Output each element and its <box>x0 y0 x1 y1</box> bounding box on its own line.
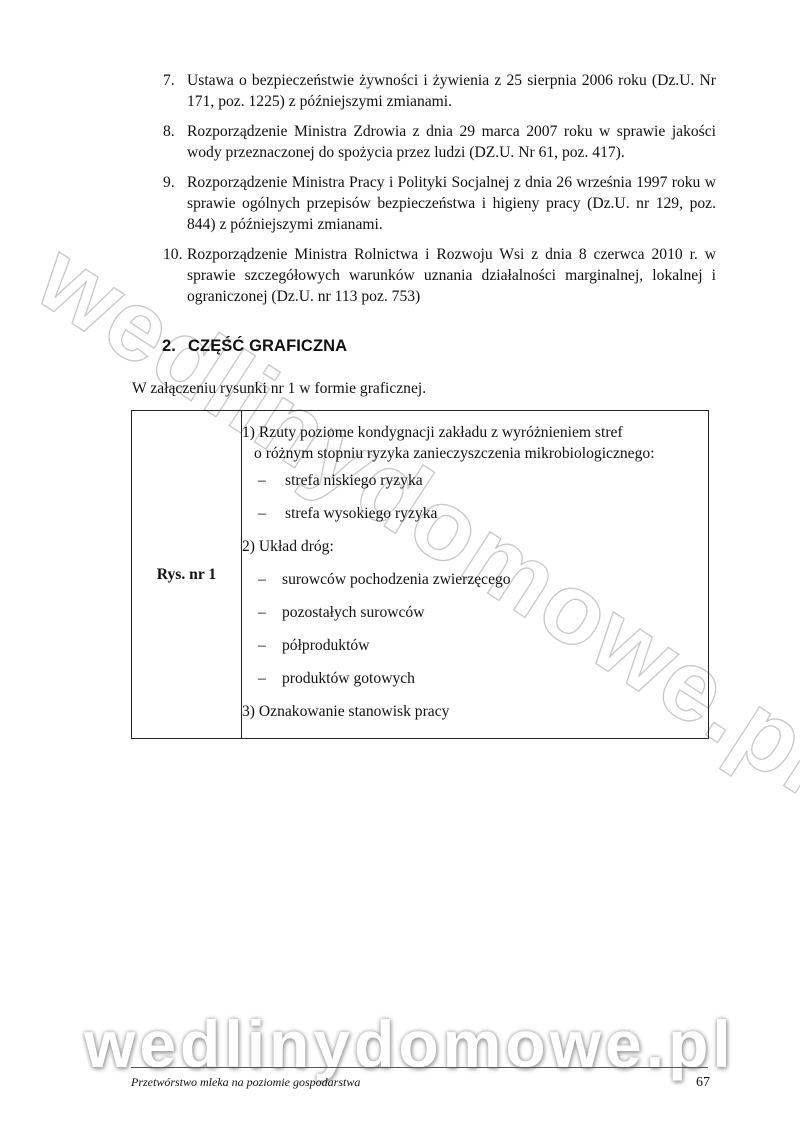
dash-bullet: – <box>258 596 282 629</box>
footer-book-title: Przetwórstwo mleka na poziomie gospodars… <box>131 1075 360 1090</box>
reference-number: 7. <box>163 70 175 91</box>
dash-bullet: – <box>258 629 282 662</box>
reference-text: Rozporządzenie Ministra Rolnictwa i Rozw… <box>187 246 716 305</box>
item-text: Rzuty poziome kondygnacji zakładu z wyró… <box>259 424 623 441</box>
item-number: 1) <box>242 424 255 441</box>
subitem: –półproduktów <box>242 629 708 662</box>
subitem: –strefa wysokiego ryzyka <box>242 497 708 530</box>
item-text-continued: o różnym stopniu ryzyka zanieczyszczenia… <box>242 443 708 464</box>
figure-item-3: 3) Oznakowanie stanowisk pracy <box>242 695 708 728</box>
subitem: –surowców pochodzenia zwierzęcego <box>242 563 708 596</box>
section-title: CZĘŚĆ GRAFICZNA <box>188 337 347 355</box>
figure-item-2: 2) Układ dróg: <box>242 530 708 563</box>
footer-divider <box>131 1067 708 1068</box>
figure-item-1: 1) Rzuty poziome kondygnacji zakładu z w… <box>242 422 708 464</box>
figure-contents: 1) Rzuty poziome kondygnacji zakładu z w… <box>242 411 709 739</box>
subitem: –pozostałych surowców <box>242 596 708 629</box>
dash-bullet: – <box>258 464 285 497</box>
dash-bullet: – <box>258 563 282 596</box>
dash-bullet: – <box>258 497 285 530</box>
figure-label: Rys. nr 1 <box>132 411 242 739</box>
intro-paragraph: W załączeniu rysunki nr 1 w formie grafi… <box>132 380 426 398</box>
figure-table: Rys. nr 1 1) Rzuty poziome kondygnacji z… <box>131 410 709 739</box>
reference-list: 7. Ustawa o bezpieczeństwie żywności i ż… <box>163 70 716 316</box>
reference-item: 9. Rozporządzenie Ministra Pracy i Polit… <box>163 172 716 235</box>
reference-text: Ustawa o bezpieczeństwie żywności i żywi… <box>187 72 716 110</box>
watermark-bottom: wedlinydomowe.pl <box>84 1006 735 1082</box>
section-heading: 2.CZĘŚĆ GRAFICZNA <box>162 337 347 356</box>
reference-text: Rozporządzenie Ministra Zdrowia z dnia 2… <box>187 123 716 161</box>
dash-bullet: – <box>258 662 282 695</box>
subitem: –strefa niskiego ryzyka <box>242 464 708 497</box>
reference-number: 9. <box>163 172 175 193</box>
page-number: 67 <box>696 1075 710 1091</box>
reference-item: 7. Ustawa o bezpieczeństwie żywności i ż… <box>163 70 716 112</box>
reference-item: 8. Rozporządzenie Ministra Zdrowia z dni… <box>163 121 716 163</box>
reference-item: 10. Rozporządzenie Ministra Rolnictwa i … <box>163 244 716 307</box>
reference-number: 8. <box>163 121 175 142</box>
subitem: –produktów gotowych <box>242 662 708 695</box>
reference-text: Rozporządzenie Ministra Pracy i Polityki… <box>187 174 716 233</box>
reference-number: 10. <box>163 244 183 265</box>
section-number: 2. <box>162 337 188 356</box>
